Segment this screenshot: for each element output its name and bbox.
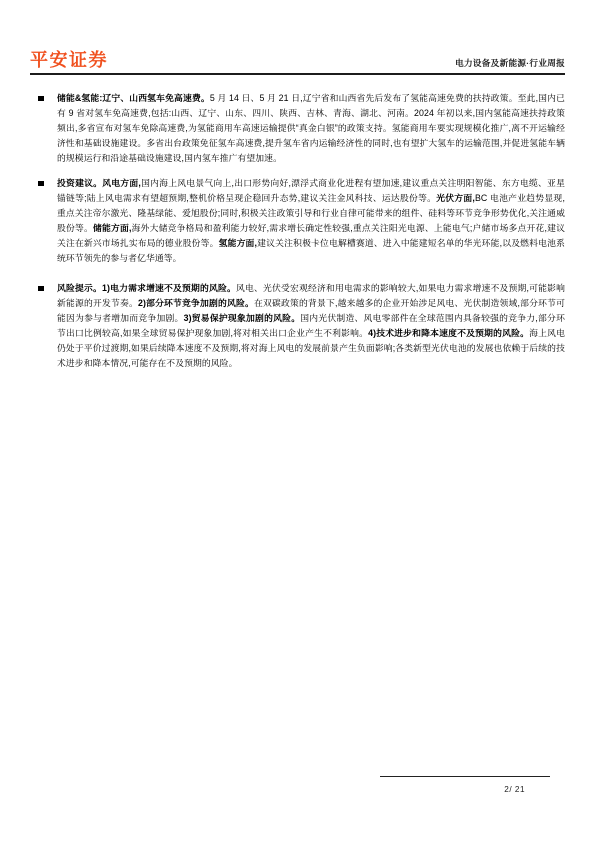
risk-heading-1: 风险提示。1)电力需求增速不及预期的风险。	[57, 283, 236, 293]
section-heading: 投资建议。风电方面,	[57, 178, 141, 188]
section-body-text: 5 月 14 日、5 月 21 日,辽宁省和山西省先后发布了氢能高速免费的扶持政…	[57, 93, 565, 163]
section-paragraph: 储能&氢能:辽宁、山西氢车免高速费。5 月 14 日、5 月 21 日,辽宁省和…	[57, 91, 565, 166]
risk-heading-3: 3)贸易保护现象加剧的风险。	[184, 313, 301, 323]
subheading-hydrogen: 氢能方面,	[219, 238, 257, 248]
page-number: 2/ 21	[504, 785, 525, 794]
square-bullet-icon	[38, 91, 57, 101]
section-paragraph: 风险提示。1)电力需求增速不及预期的风险。风电、光伏受宏观经济和用电需求的影响较…	[57, 281, 565, 371]
risk-heading-2: 2)部分环节竞争加剧的风险。	[138, 298, 254, 308]
section-investment-advice: 投资建议。风电方面,国内海上风电景气向上,出口形势向好,漂浮式商业化进程有望加速…	[38, 176, 565, 266]
square-bullet-icon	[38, 281, 57, 291]
header-divider	[30, 73, 565, 75]
section-risk-warning: 风险提示。1)电力需求增速不及预期的风险。风电、光伏受宏观经济和用电需求的影响较…	[38, 281, 565, 371]
page-footer: 2/ 21	[380, 776, 550, 797]
brand-logo: 平安证券	[30, 51, 108, 72]
section-paragraph: 投资建议。风电方面,国内海上风电景气向上,出口形势向好,漂浮式商业化进程有望加速…	[57, 176, 565, 266]
page-header: 平安证券 电力设备及新能源·行业周报	[30, 44, 565, 72]
subheading-storage: 储能方面,	[93, 223, 132, 233]
section-heading: 储能&氢能:辽宁、山西氢车免高速费。	[57, 93, 210, 103]
report-page: 平安证券 电力设备及新能源·行业周报 储能&氢能:辽宁、山西氢车免高速费。5 月…	[0, 0, 595, 842]
subheading-pv: 光伏方面,	[436, 193, 475, 203]
section-storage-hydrogen: 储能&氢能:辽宁、山西氢车免高速费。5 月 14 日、5 月 21 日,辽宁省和…	[38, 91, 565, 166]
square-bullet-icon	[38, 176, 57, 186]
risk-heading-4: 4)技术进步和降本速度不及预期的风险。	[368, 328, 529, 338]
report-type-label: 电力设备及新能源·行业周报	[455, 57, 565, 72]
